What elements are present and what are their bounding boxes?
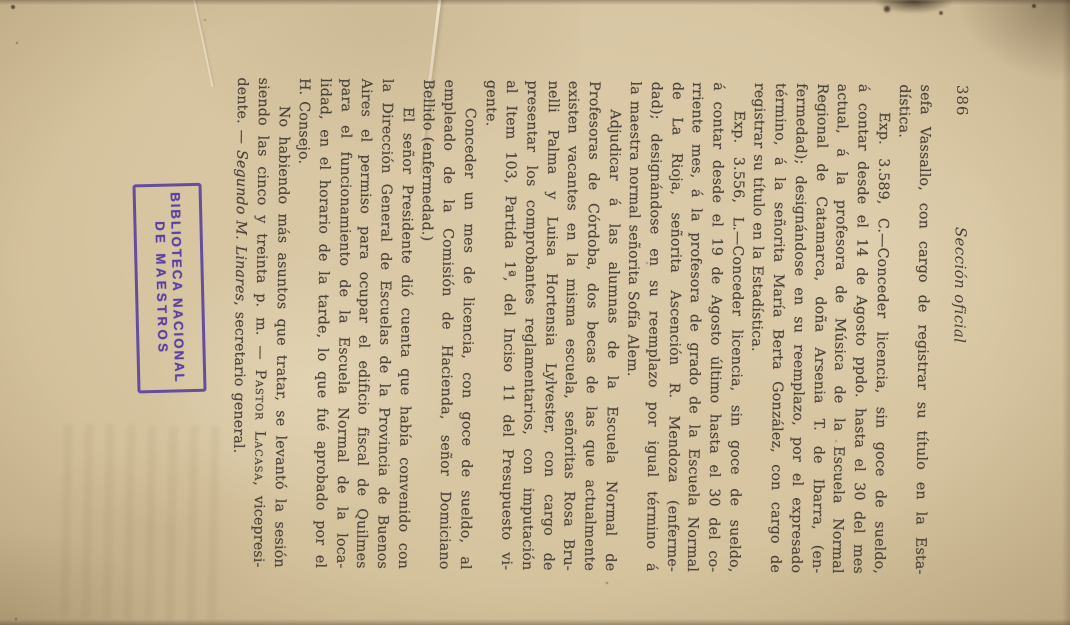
running-title: Sección oficial: [950, 227, 969, 344]
text-segment: Conceder un mes de licencia, con goce de…: [457, 108, 478, 570]
text-segment: registrar su título en la Estadística.: [749, 83, 768, 352]
text-segment: gente.: [482, 80, 498, 127]
text-segment: dística.: [896, 84, 913, 138]
text-segment: , secretario general.: [231, 301, 249, 453]
text-segment: , vicepresi-: [250, 481, 267, 567]
text-segment: actual, á la profesora de Música de la E…: [829, 84, 850, 574]
text-line: sefa Vassallo, con cargo de registrar su…: [909, 84, 935, 574]
text-segment: lidad, en el horario de la tarde, lo que…: [312, 78, 333, 568]
text-segment: existen vacantes en la misma escuela, se…: [560, 81, 581, 571]
text-segment: Regional de Catamarca, doña Arsenia T. d…: [809, 83, 830, 573]
body-lines: sefa Vassallo, con cargo de registrar su…: [227, 77, 935, 574]
text-segment: nelli Palma y Luisa Hortensia Lylvester,…: [540, 81, 561, 571]
text-segment: Exp. 3.556, L.—Conceder licencia, sin go…: [726, 110, 747, 572]
text-segment: H. Consejo.: [296, 78, 313, 164]
text-segment: No habiendo más asuntos que tratar, se l…: [271, 106, 292, 568]
text-segment: de La Rioja, señorita Ascención R. Mendo…: [664, 82, 685, 572]
text-segment: fermedad); designándose en su reemplazo,…: [788, 83, 809, 573]
text-segment: Exp. 3.589, C.—Conceder licencia, sin go…: [871, 112, 892, 574]
document-scan: 386 Sección oficial sefa Vassallo, con c…: [0, 0, 1070, 625]
text-segment: á contar desde el 19 de Agosto último ha…: [705, 82, 726, 572]
text-segment: sefa Vassallo, con cargo de registrar su…: [912, 84, 933, 574]
text-segment: para el funcionamiento de la Escuela Nor…: [333, 78, 354, 568]
text-segment: la maestra normal señorita Sofía Alem.: [624, 81, 643, 376]
text-segment: Adjudicar á las alumnas de la Escuela No…: [602, 109, 623, 571]
text-segment: al Item 103, Partida 1ª, del Inciso 11 d…: [498, 80, 519, 570]
text-segment: dad); designándose en su reemplazo por i…: [643, 82, 664, 572]
text-segment: Profesoras de Córdoba, dos becas de las …: [581, 81, 602, 571]
text-segment: Pastor Lacasa: [251, 369, 268, 481]
page-number: 386: [953, 85, 971, 117]
text-segment: presentar los comprobantes reglamentario…: [519, 80, 540, 570]
text-segment: Segundo M. Linares: [232, 150, 250, 301]
text-segment: la Dirección General de Escuelas de la P…: [374, 79, 395, 569]
text-segment: Aires el permiso para ocupar el edificio…: [354, 79, 375, 569]
text-segment: siendo las cinco y treinta p. m. —: [252, 77, 271, 369]
text-segment: dente. —: [234, 77, 251, 150]
text-segment: término, á la señorita María Berta Gonzá…: [767, 83, 788, 573]
page-header: 386 Sección oficial: [944, 85, 971, 575]
text-segment: empleado de la Comisión de Hacienda, señ…: [436, 79, 457, 569]
text-segment: El señor Presidente dió cuenta que había…: [395, 107, 416, 569]
text-segment: rriente mes, á la profesora de grado de …: [685, 82, 706, 572]
rotated-page: 386 Sección oficial sefa Vassallo, con c…: [0, 0, 1068, 625]
text-segment: á contar desde el 14 de Agosto ppdo. has…: [850, 84, 871, 574]
text-segment: Bellido (enfermedad.): [419, 79, 437, 241]
library-stamp: BIBLIOTECA NACIONAL DE MAESTROS: [132, 183, 206, 394]
